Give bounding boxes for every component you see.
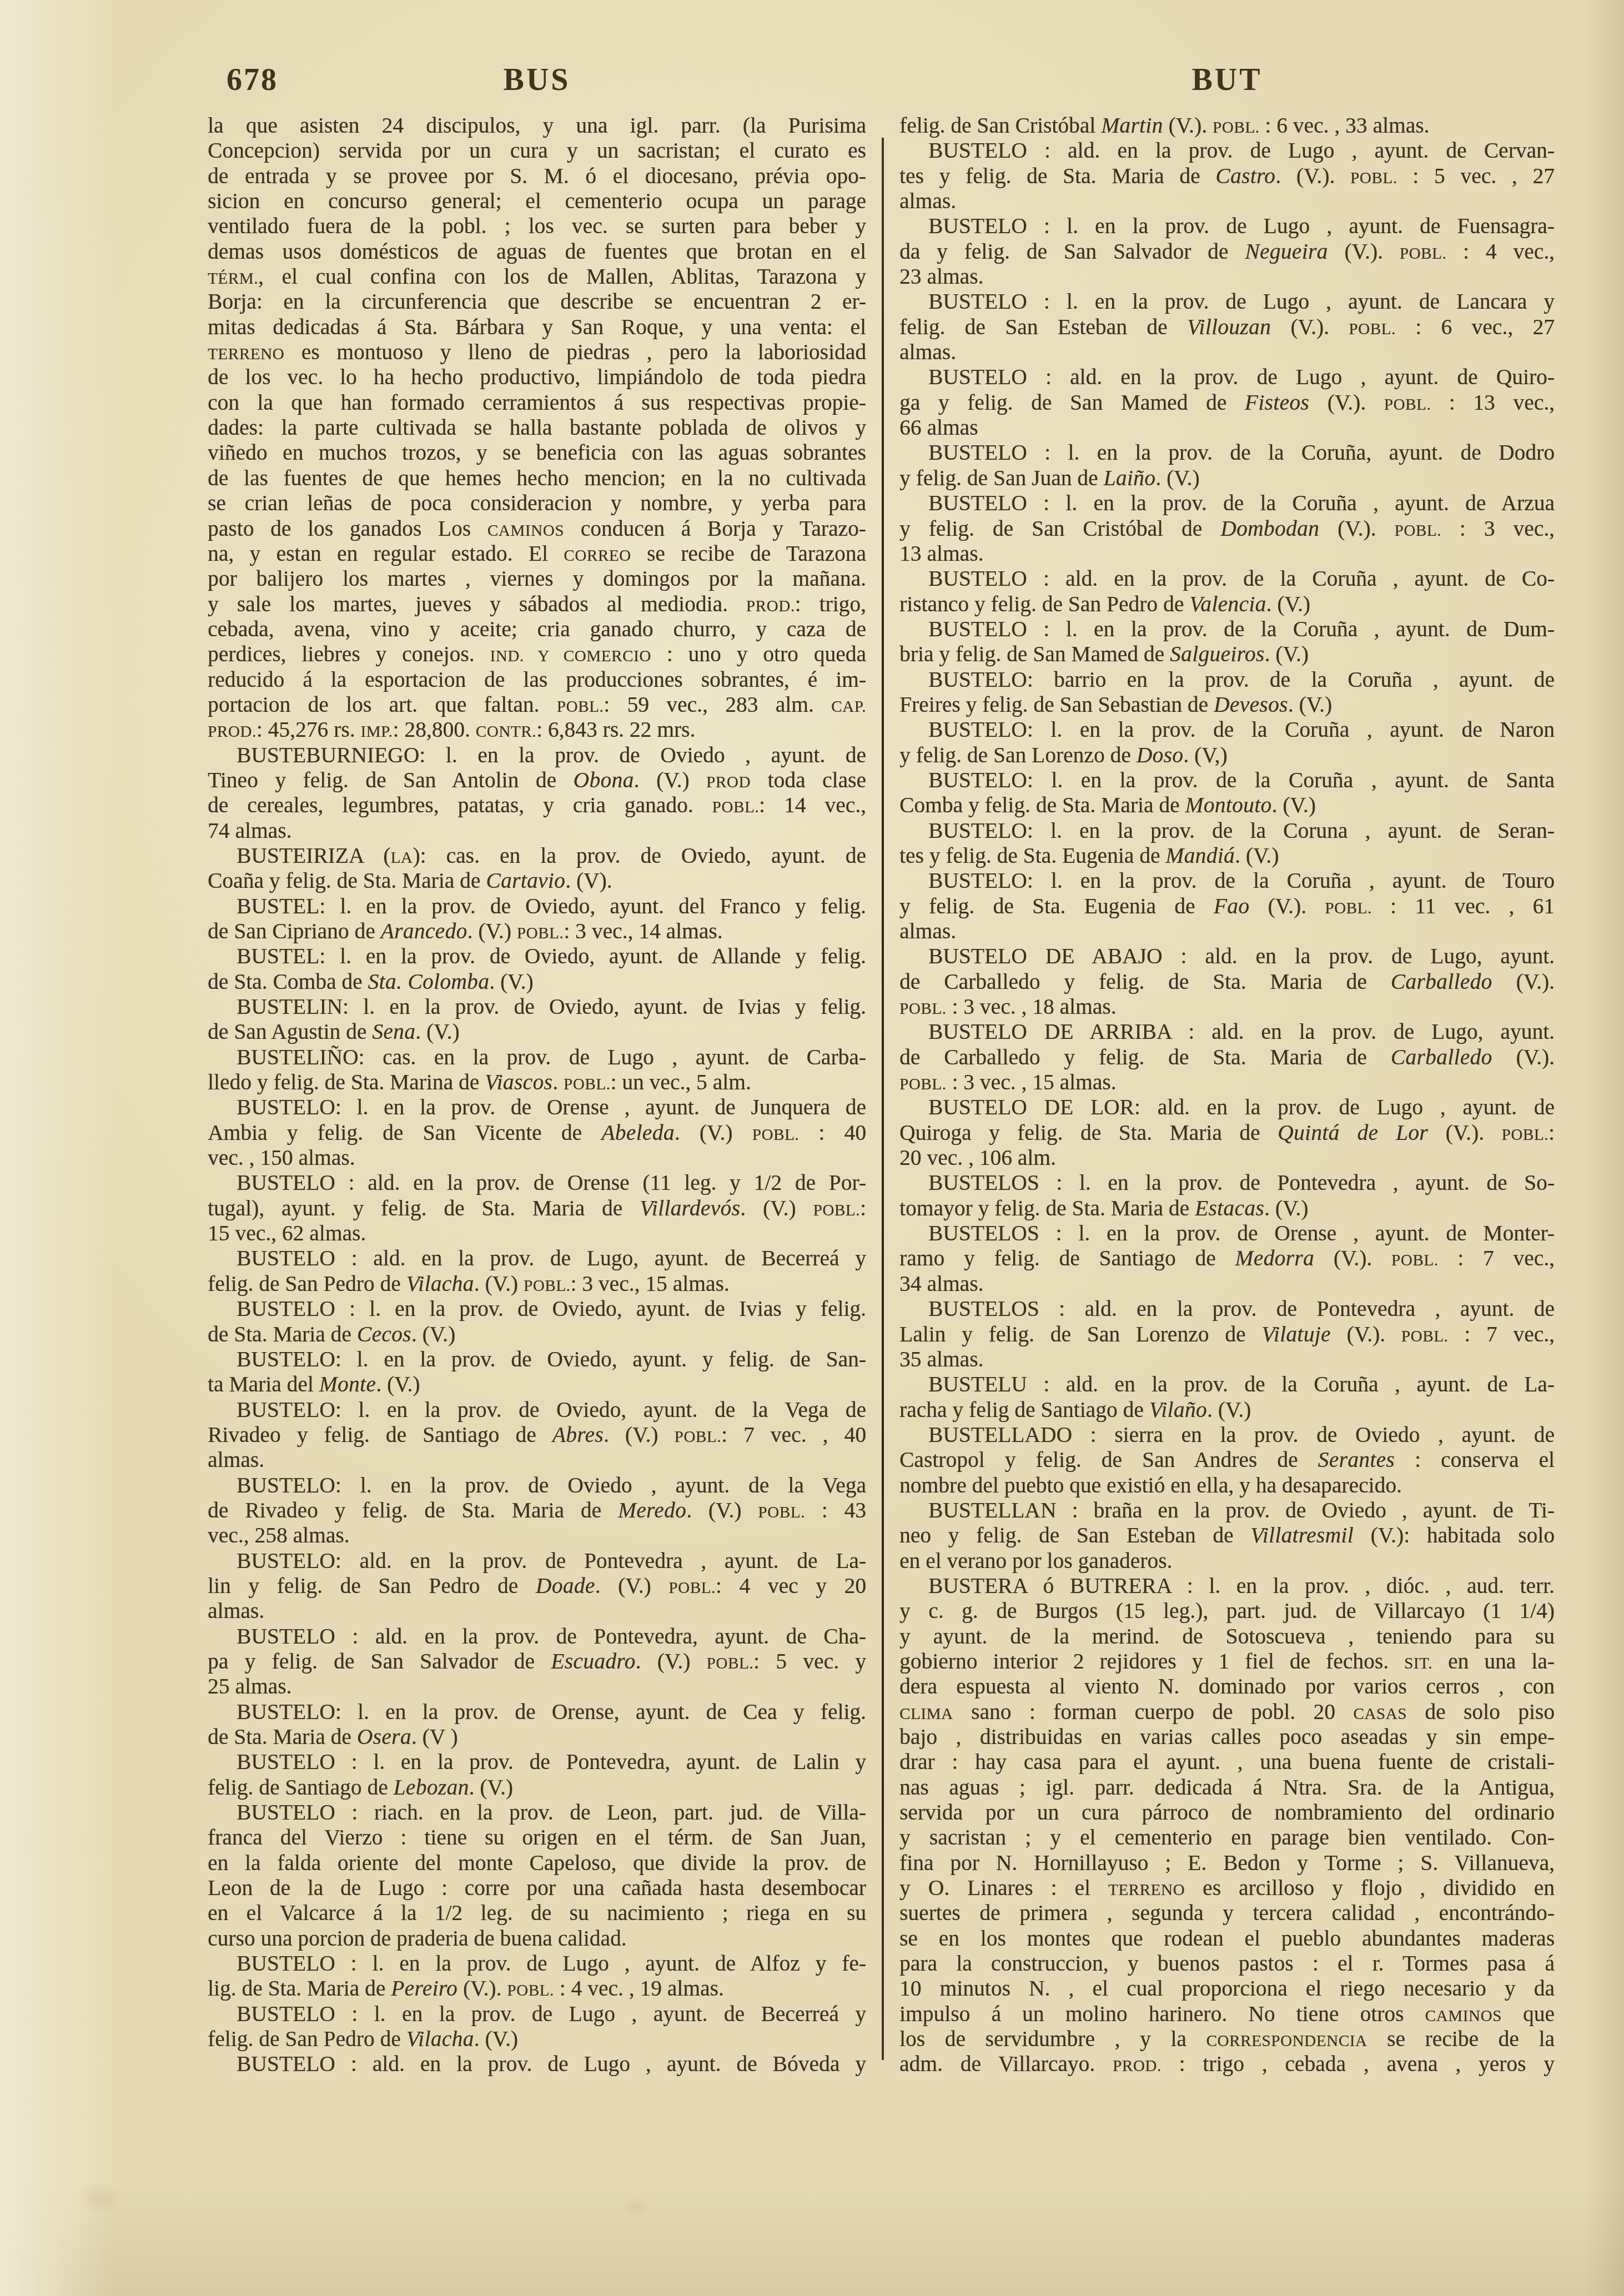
text-line: BUSTELO: l. en la prov. de Oviedo, ayunt… [208, 1398, 866, 1423]
text-line: de Rivadeo y felig. de Sta. Maria de Mer… [208, 1498, 866, 1523]
text-line: lig. de Sta. Maria de Pereiro (V.). POBL… [208, 1976, 866, 2001]
text-line: y sacristan ; y el cementerio en parage … [899, 1825, 1555, 1850]
text-line: la que asisten 24 discipulos, y una igl.… [208, 113, 866, 138]
text-line: Freires y felig. de San Sebastian de Dev… [899, 692, 1555, 717]
right-column: felig. de San Cristóbal Martin (V.). POB… [899, 113, 1555, 2077]
text-line: ristanco y felig. de San Pedro de Valenc… [899, 592, 1555, 617]
text-line: 23 almas. [899, 264, 1555, 289]
text-line: na, y estan en regular estado. El CORREO… [208, 541, 866, 566]
text-line: BUSTELO: l. en la prov. de la Coruña , a… [899, 768, 1555, 793]
left-column: la que asisten 24 discipulos, y una igl.… [208, 113, 866, 2077]
text-line: CLIMA sano : forman cuerpo de pobl. 20 C… [899, 1700, 1555, 1725]
text-line: felig. de San Cristóbal Martin (V.). POB… [899, 113, 1555, 138]
text-line: 15 vec., 62 almas. [208, 1221, 866, 1246]
text-line: BUSTELO : ald. en la prov. de Lugo , ayu… [208, 2052, 866, 2077]
text-line: Concepcion) servida por un cura y un sac… [208, 138, 866, 163]
text-line: nombre del puebto que existió en ella, y… [899, 1473, 1555, 1498]
text-line: los de servidumbre , y la CORRESPONDENCI… [899, 2027, 1555, 2052]
text-line: TÉRM., el cual confina con los de Mallen… [208, 264, 866, 289]
text-line: en el verano por los ganaderos. [899, 1549, 1555, 1574]
text-line: POBL. : 3 vec. , 15 almas. [899, 1070, 1555, 1095]
text-line: BUSTELO: l. en la prov. de la Coruña , a… [899, 717, 1555, 742]
text-line: 66 almas [899, 415, 1555, 440]
text-line: tugal), ayunt. y felig. de Sta. Maria de… [208, 1196, 866, 1221]
text-line: y felig. de San Cristóbal de Dombodan (V… [899, 516, 1555, 541]
text-line: BUSTEBURNIEGO: l. en la prov. de Oviedo … [208, 743, 866, 768]
text-line: 10 minutos N. , el cual proporciona el r… [899, 1976, 1555, 2001]
text-line: ta Maria del Monte. (V.) [208, 1372, 866, 1397]
text-line: BUSTELO : l. en la prov. de Lugo , ayunt… [208, 1951, 866, 1976]
text-line: 35 almas. [899, 1347, 1555, 1372]
text-line: Comba y felig. de Sta. Maria de Montouto… [899, 793, 1555, 818]
text-line: neo y felig. de San Esteban de Villatres… [899, 1523, 1555, 1548]
text-line: y sale los martes, jueves y sábados al m… [208, 592, 866, 617]
text-line: vec., 258 almas. [208, 1523, 866, 1548]
text-line: BUSTELO: l. en la prov. de Oviedo, ayunt… [208, 1347, 866, 1372]
text-line: ventilado fuera de la pobl. ; los vec. s… [208, 214, 866, 239]
text-line: BUSTERA ó BUTRERA : l. en la prov. , dió… [899, 1574, 1555, 1599]
text-line: BUSTELO DE ARRIBA : ald. en la prov. de … [899, 1019, 1555, 1044]
text-line: sicion en concurso general; el cementeri… [208, 189, 866, 214]
text-line: BUSTELO : ald. en la prov. de Pontevedra… [208, 1624, 866, 1649]
text-line: BUSTELO: barrio en la prov. de la Coruña… [899, 667, 1555, 692]
text-line: felig. de San Pedro de Vilacha. (V.) POB… [208, 1272, 866, 1297]
text-line: de Sta. Maria de Osera. (V ) [208, 1725, 866, 1750]
text-line: BUSTELIN: l. en la prov. de Oviedo, ayun… [208, 994, 866, 1019]
text-line: BUSTELO : l. en la prov. de Lugo , ayunt… [899, 289, 1555, 314]
text-line: BUSTELO : l. en la prov. de Lugo , ayunt… [208, 2002, 866, 2027]
text-line: PROD.: 45,276 rs. IMP.: 28,800. CONTR.: … [208, 717, 866, 742]
text-line: BUSTELO: l. en la prov. de Orense , ayun… [208, 1095, 866, 1120]
text-line: BUSTELO DE ABAJO : ald. en la prov. de L… [899, 944, 1555, 969]
text-line: BUSTELO : l. en la prov. de Lugo , ayunt… [899, 214, 1555, 239]
text-line: de entrada y se provee por S. M. ó el di… [208, 164, 866, 189]
text-line: da y felig. de San Salvador de Negueira … [899, 239, 1555, 264]
text-line: almas. [899, 919, 1555, 944]
text-line: portacion de los art. que faltan. POBL.:… [208, 692, 866, 717]
text-line: Tineo y felig. de San Antolin de Obona. … [208, 768, 866, 793]
text-line: nas aguas ; igl. parr. dedicada á Ntra. … [899, 1775, 1555, 1800]
text-line: racha y felig de Santiago de Vilaño. (V.… [899, 1398, 1555, 1423]
text-line: de los vec. lo ha hecho productivo, limp… [208, 365, 866, 390]
text-line: felig. de Santiago de Lebozan. (V.) [208, 1775, 866, 1800]
text-line: BUSTELO : ald. en la prov. de Lugo , ayu… [899, 365, 1555, 390]
text-line: 34 almas. [899, 1272, 1555, 1297]
text-line: de San Cipriano de Arancedo. (V.) POBL.:… [208, 919, 866, 944]
text-line: por balijero los martes , viernes y domi… [208, 566, 866, 591]
text-line: de Carballedo y felig. de Sta. Maria de … [899, 969, 1555, 994]
text-line: ga y felig. de San Mamed de Fisteos (V.)… [899, 390, 1555, 415]
text-line: 74 almas. [208, 818, 866, 843]
text-line: de Sta. Maria de Cecos. (V.) [208, 1322, 866, 1347]
text-line: y ayunt. de la merind. de Sotoscueva , t… [899, 1624, 1555, 1649]
text-line: BUSTELO: l. en la prov. de Orense, ayunt… [208, 1700, 866, 1725]
text-line: TERRENO es montuoso y lleno de piedras ,… [208, 340, 866, 365]
text-line: BUSTELO : ald. en la prov. de Lugo , ayu… [899, 138, 1555, 163]
text-line: BUSTELOS : l. en la prov. de Pontevedra … [899, 1170, 1555, 1195]
text-line: dades: la parte cultivada se halla basta… [208, 415, 866, 440]
text-line: BUSTELOS : ald. en la prov. de Pontevedr… [899, 1297, 1555, 1322]
text-line: almas. [208, 1448, 866, 1473]
text-line: y felig. de San Juan de Laiño. (V.) [899, 466, 1555, 491]
text-line: viñedo en muchos trozos, y se beneficia … [208, 440, 866, 465]
text-line: de las fuentes de que hemes hecho mencio… [208, 466, 866, 491]
text-line: fina por N. Hornillayuso ; E. Bedon y To… [899, 1851, 1555, 1876]
text-line: dera espuesta al viento N. dominado por … [899, 1674, 1555, 1699]
text-line: BUSTELU : ald. en la prov. de la Coruña … [899, 1372, 1555, 1397]
text-line: Ambia y felig. de San Vicente de Abeleda… [208, 1121, 866, 1146]
text-line: adm. de Villarcayo. PROD. : trigo , ceba… [899, 2052, 1555, 2077]
text-line: bajo , distribuidas en varias calles poc… [899, 1725, 1555, 1750]
text-line: y felig. de San Lorenzo de Doso. (V,) [899, 743, 1555, 768]
text-line: drar : hay casa para el ayunt. , una bue… [899, 1750, 1555, 1775]
text-line: con la que han formado cerramientos á su… [208, 390, 866, 415]
text-line: BUSTELLAN : braña en la prov. de Oviedo … [899, 1498, 1555, 1523]
text-line: BUSTELO : l. en la prov. de Oviedo, ayun… [208, 1297, 866, 1322]
text-line: pa y felig. de San Salvador de Escuadro.… [208, 1649, 866, 1674]
text-line: BUSTELO : ald. en la prov. de la Coruña … [899, 566, 1555, 591]
text-line: 25 almas. [208, 1674, 866, 1699]
text-line: POBL. : 3 vec. , 18 almas. [899, 994, 1555, 1019]
text-line: para la construccion, y buenos pastos : … [899, 1951, 1555, 1976]
text-line: almas. [208, 1599, 866, 1624]
text-line: gobierno interior 2 rejidores y 1 fiel d… [899, 1649, 1555, 1674]
text-line: BUSTELO: ald. en la prov. de Pontevedra … [208, 1549, 866, 1574]
text-line: de Sta. Comba de Sta. Colomba. (V.) [208, 969, 866, 994]
column-divider-rule [882, 138, 884, 2060]
text-line: BUSTELIÑO: cas. en la prov. de Lugo , ay… [208, 1045, 866, 1070]
text-line: Coaña y felig. de Sta. Maria de Cartavio… [208, 868, 866, 893]
text-line: lledo y felig. de Sta. Marina de Viascos… [208, 1070, 866, 1095]
text-line: BUSTEL: l. en la prov. de Oviedo, ayunt.… [208, 944, 866, 969]
text-line: curso una porcion de praderia de buena c… [208, 1926, 866, 1951]
text-line: Lalin y felig. de San Lorenzo de Vilatuj… [899, 1322, 1555, 1347]
text-line: BUSTEL: l. en la prov. de Oviedo, ayunt.… [208, 894, 866, 919]
text-line: Borja: en la circunferencia que describe… [208, 289, 866, 314]
text-line: y c. g. de Burgos (15 leg.), part. jud. … [899, 1599, 1555, 1624]
text-line: de Carballedo y felig. de Sta. Maria de … [899, 1045, 1555, 1070]
text-line: y felig. de Sta. Eugenia de Fao (V.). PO… [899, 894, 1555, 919]
text-line: se crian leñas de poca consideracion y n… [208, 491, 866, 516]
text-line: reducido á la esportacion de las producc… [208, 667, 866, 692]
text-line: en el Valcarce á la 1/2 leg. de su nacim… [208, 1901, 866, 1926]
text-line: Leon de la de Lugo : corre por una cañad… [208, 1876, 866, 1901]
text-line: bria y felig. de San Mamed de Salgueiros… [899, 642, 1555, 667]
text-line: servida por un cura párroco de nombramie… [899, 1800, 1555, 1825]
text-line: 20 vec. , 106 alm. [899, 1146, 1555, 1170]
text-line: ramo y felig. de Santiago de Medorra (V.… [899, 1246, 1555, 1271]
text-line: BUSTELO DE LOR: ald. en la prov. de Lugo… [899, 1095, 1555, 1120]
book-page: 678 BUS BUT la que asisten 24 discipulos… [0, 0, 1624, 2296]
text-line: tes y felig. de Sta. Maria de Castro. (V… [899, 164, 1555, 189]
text-line: BUSTELO : riach. en la prov. de Leon, pa… [208, 1800, 866, 1825]
text-line: y O. Linares : el TERRENO es arcilloso y… [899, 1876, 1555, 1901]
text-line: cebada, avena, vino y aceite; cria ganad… [208, 617, 866, 642]
text-line: 13 almas. [899, 541, 1555, 566]
text-line: Castropol y felig. de San Andres de Sera… [899, 1448, 1555, 1473]
text-line: lin y felig. de San Pedro de Doade. (V.)… [208, 1574, 866, 1599]
text-line: tes y felig. de Sta. Eugenia de Mandiá. … [899, 843, 1555, 868]
running-head-bus: BUS [208, 62, 866, 98]
text-line: en la falda oriente del monte Capeloso, … [208, 1851, 866, 1876]
text-line: felig. de San Esteban de Villouzan (V.).… [899, 315, 1555, 340]
text-line: mitas dedicadas á Sta. Bárbara y San Roq… [208, 315, 866, 340]
text-line: de San Agustin de Sena. (V.) [208, 1019, 866, 1044]
text-line: BUSTELO: l. en la prov. de la Coruna , a… [899, 818, 1555, 843]
text-line: almas. [899, 340, 1555, 365]
text-line: BUSTELO : l. en la prov. de la Coruña , … [899, 617, 1555, 642]
running-head-but: BUT [899, 62, 1555, 98]
text-line: almas. [899, 189, 1555, 214]
text-line: Quiroga y felig. de Sta. Maria de Quintá… [899, 1121, 1555, 1146]
text-line: impulso á un molino harinero. No tiene o… [899, 2002, 1555, 2027]
text-line: BUSTELO : l. en la prov. de la Coruña , … [899, 491, 1555, 516]
text-line: demas usos domésticos de aguas de fuente… [208, 239, 866, 264]
text-line: BUSTEIRIZA (LA): cas. en la prov. de Ovi… [208, 843, 866, 868]
text-line: BUSTELO : l. en la prov. de la Coruña, a… [899, 440, 1555, 465]
text-line: suertes de primera , segunda y tercera c… [899, 1901, 1555, 1926]
text-line: de cereales, legumbres, patatas, y cria … [208, 793, 866, 818]
text-line: pasto de los ganados Los CAMINOS conduce… [208, 516, 866, 541]
text-line: Rivadeo y felig. de Santiago de Abres. (… [208, 1423, 866, 1448]
text-line: BUSTELO : l. en la prov. de Pontevedra, … [208, 1750, 866, 1775]
text-line: tomayor y felig. de Sta. Maria de Estaca… [899, 1196, 1555, 1221]
text-line: BUSTELO : ald. en la prov. de Orense (11… [208, 1170, 866, 1195]
text-line: se en los montes que rodean el pueblo ab… [899, 1926, 1555, 1951]
text-line: vec. , 150 almas. [208, 1146, 866, 1170]
text-line: BUSTELO : ald. en la prov. de Lugo, ayun… [208, 1246, 866, 1271]
text-line: BUSTELO: l. en la prov. de Oviedo , ayun… [208, 1473, 866, 1498]
text-line: BUSTELOS : l. en la prov. de Orense , ay… [899, 1221, 1555, 1246]
text-line: felig. de San Pedro de Vilacha. (V.) [208, 2027, 866, 2052]
text-line: franca del Vierzo : tiene su origen en e… [208, 1825, 866, 1850]
text-line: BUSTELO: l. en la prov. de la Coruña , a… [899, 868, 1555, 893]
text-line: perdices, liebres y conejos. IND. Y COME… [208, 642, 866, 667]
text-line: BUSTELLADO : sierra en la prov. de Ovied… [899, 1423, 1555, 1448]
